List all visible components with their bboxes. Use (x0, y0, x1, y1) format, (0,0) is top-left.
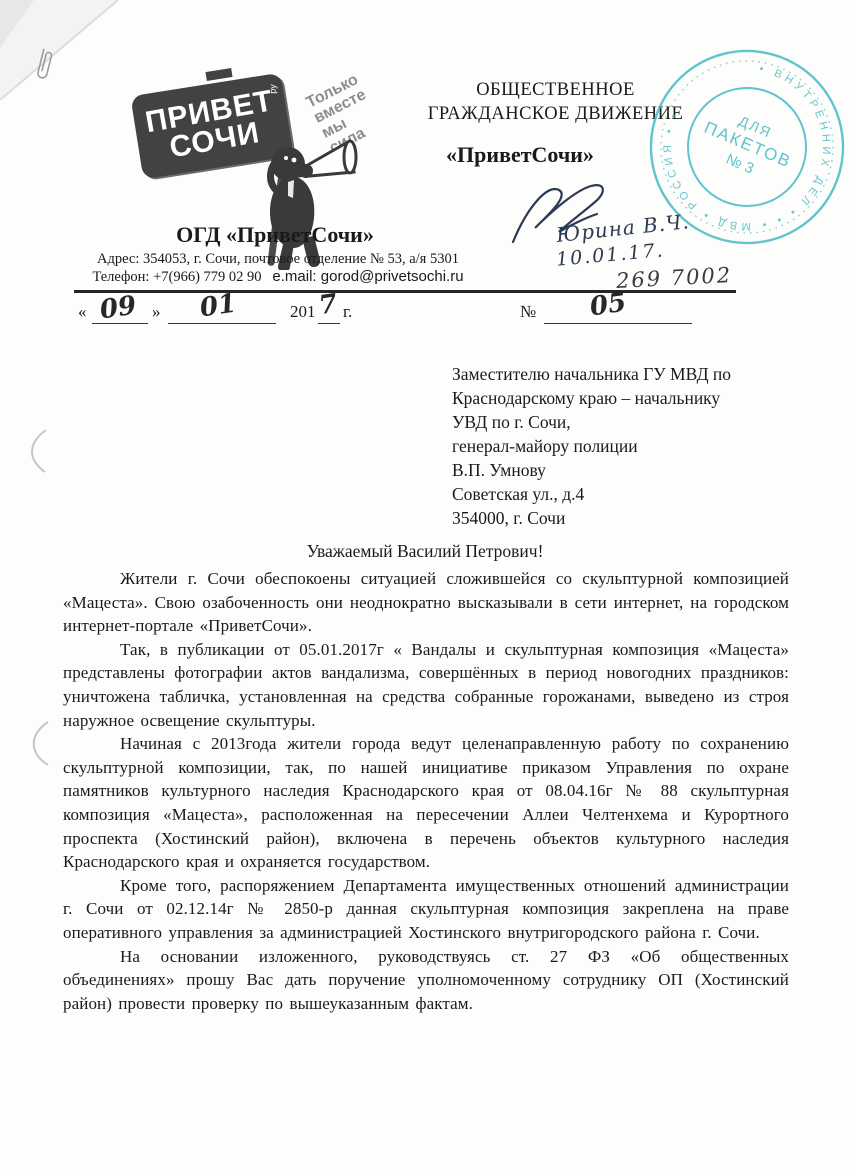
doc-number-value: 05 (588, 288, 628, 323)
recipient-line: В.П. Умнову (452, 458, 792, 482)
date-day-value: 09 (98, 291, 138, 326)
body-paragraph: Кроме того, распоряжением Департамента и… (63, 874, 789, 945)
letterhead-divider (74, 290, 736, 293)
date-month-value: 01 (198, 289, 238, 324)
date-close-quote: » (152, 302, 161, 322)
date-year-suffix: г. (343, 302, 352, 322)
logo-sign-suffix: ру (267, 84, 277, 94)
handwritten-number: 269 7002 (615, 263, 732, 293)
letter-body: Жители г. Сочи обеспокоены ситуацией сло… (63, 567, 789, 1015)
body-paragraph: Начиная с 2013года жители города ведут ц… (63, 732, 789, 874)
date-year-prefix: 201 (290, 302, 316, 322)
mascot-tie (288, 180, 294, 198)
body-paragraph: Жители г. Сочи обеспокоены ситуацией сло… (63, 567, 789, 638)
binder-mark-bottom (34, 722, 48, 765)
recipient-line: Заместителю начальника ГУ МВД по (452, 362, 792, 386)
doc-number-line (544, 322, 692, 324)
salutation: Уважаемый Василий Петрович! (0, 541, 850, 562)
org-title: ОГД «ПриветСочи» (60, 222, 490, 248)
recipient-line: Краснодарскому краю – начальнику (452, 386, 792, 410)
recipient-line: генерал-майору полиции (452, 434, 792, 458)
body-paragraph: На основании изложенного, руководствуясь… (63, 945, 789, 1016)
date-year-digit: 7 (317, 289, 339, 321)
recipient-line: Советская ул., д.4 (452, 482, 792, 506)
movement-name: «ПриветСочи» (370, 142, 670, 168)
org-address: Адрес: 354053, г. Сочи, почтовое отделен… (48, 250, 508, 268)
date-year-line (318, 322, 340, 324)
org-phone: Телефон: +7(966) 779 02 90 (92, 269, 261, 285)
org-contact: Телефон: +7(966) 779 02 90 e.mail: gorod… (48, 268, 508, 286)
corner-fold (0, 0, 118, 100)
binder-mark-top (32, 430, 46, 472)
recipient-line: 354000, г. Сочи (452, 506, 792, 530)
scanned-letter-page: ПРИВЕТ СОЧИ ру Тольковместемысила ОБЩЕС (0, 0, 850, 1169)
doc-number-label: № (520, 302, 536, 322)
mascot-arm-left (271, 164, 277, 190)
logo-sign-handle (205, 68, 232, 81)
date-month-line (168, 322, 276, 324)
body-paragraph: Так, в публикации от 05.01.2017г « Ванда… (63, 638, 789, 732)
megaphone-icon (299, 141, 356, 178)
recipient-line: УВД по г. Сочи, (452, 410, 792, 434)
recipient-block: Заместителю начальника ГУ МВД поКраснода… (452, 362, 792, 530)
paperclip-icon (37, 49, 53, 79)
date-open-quote: « (78, 302, 87, 322)
org-email: e.mail: gorod@privetsochi.ru (272, 268, 463, 285)
